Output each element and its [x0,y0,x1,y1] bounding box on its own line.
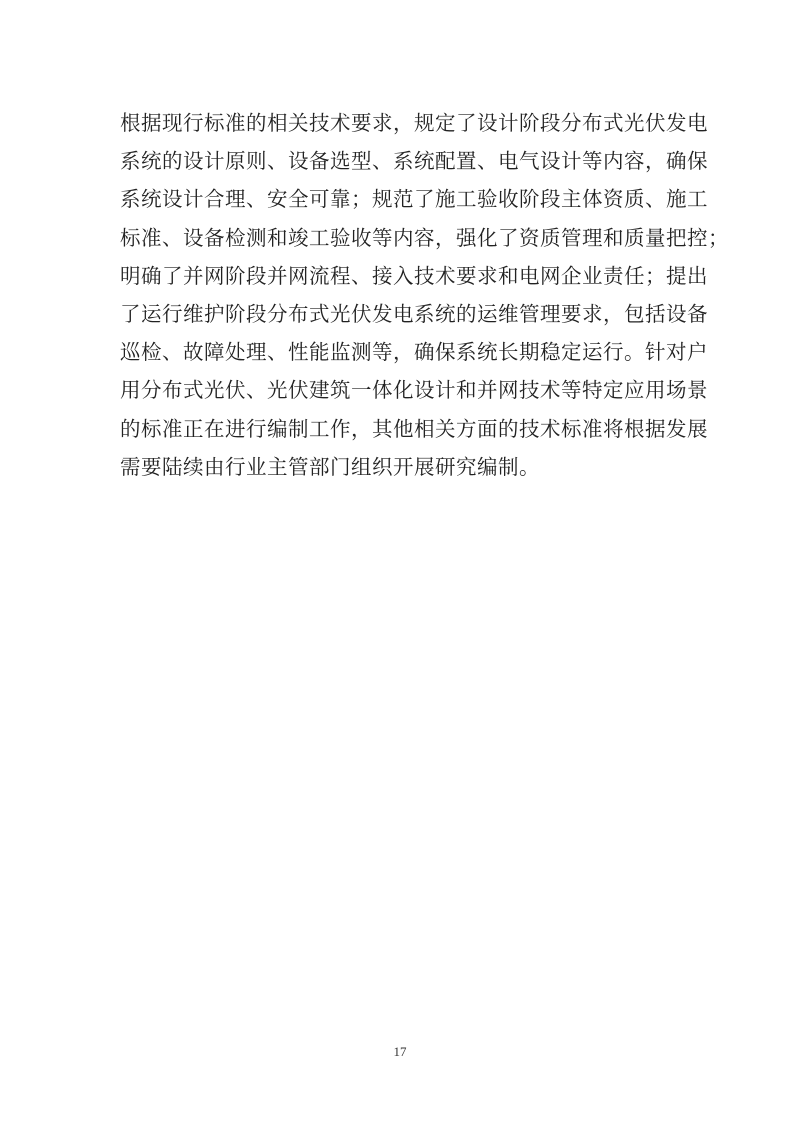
paragraph-line: 的标准正在进行编制工作，其他相关方面的技术标准将根据发展 [120,410,684,448]
paragraph-line: 根据现行标准的相关技术要求，规定了设计阶段分布式光伏发电 [120,104,684,142]
paragraph-line: 明确了并网阶段并网流程、接入技术要求和电网企业责任；提出 [120,257,684,295]
page-number: 17 [0,1044,800,1060]
paragraph-line: 巡检、故障处理、性能监测等，确保系统长期稳定运行。针对户 [120,333,684,371]
document-page: 根据现行标准的相关技术要求，规定了设计阶段分布式光伏发电 系统的设计原则、设备选… [0,0,800,1131]
paragraph-line: 系统的设计原则、设备选型、系统配置、电气设计等内容，确保 [120,142,684,180]
paragraph-line: 了运行维护阶段分布式光伏发电系统的运维管理要求，包括设备 [120,295,684,333]
paragraph-line: 标准、设备检测和竣工验收等内容，强化了资质管理和质量把控； [120,219,684,257]
paragraph-line: 用分布式光伏、光伏建筑一体化设计和并网技术等特定应用场景 [120,371,684,409]
paragraph-line: 需要陆续由行业主管部门组织开展研究编制。 [120,448,684,486]
paragraph-line: 系统设计合理、安全可靠；规范了施工验收阶段主体资质、施工 [120,180,684,218]
body-paragraph: 根据现行标准的相关技术要求，规定了设计阶段分布式光伏发电 系统的设计原则、设备选… [120,104,684,486]
